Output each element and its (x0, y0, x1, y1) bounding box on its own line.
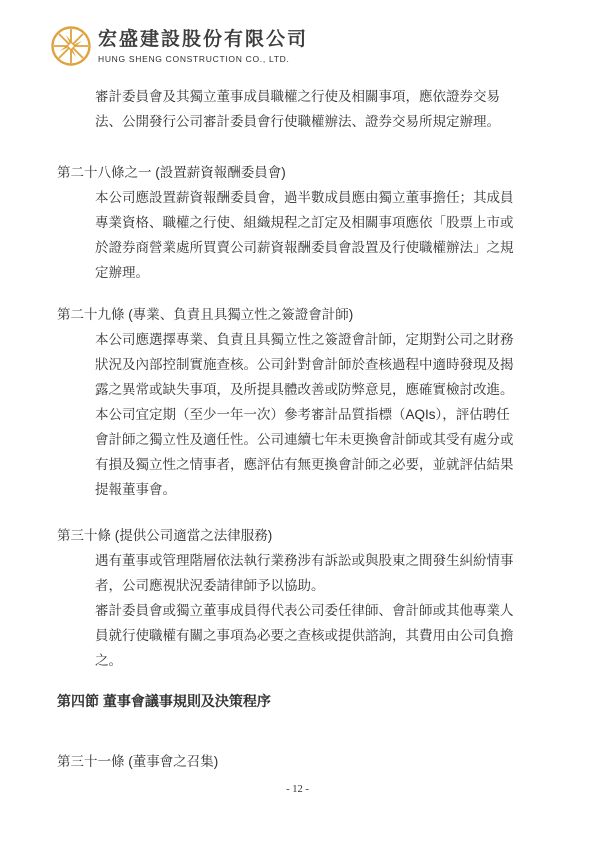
section-heading: 第二十八條之一 (設置薪資報酬委員會) (57, 160, 527, 185)
paragraph-line: 本公司宜定期（至少一年一次）參考審計品質指標（AQIs），評估聘任 (57, 402, 527, 427)
section-block: 第三十條 (提供公司適當之法律服務)遇有董事或管理階層依法執行業務涉有訴訟或與股… (57, 523, 527, 673)
section-block: 第二十八條之一 (設置薪資報酬委員會)本公司應設置薪資報酬委員會，過半數成員應由… (57, 160, 527, 285)
company-name-chinese: 宏盛建設股份有限公司 (98, 28, 308, 52)
company-header: 宏盛建設股份有限公司 HUNG SHENG CONSTRUCTION CO., … (0, 0, 595, 80)
paragraph-line: 本公司應選擇專業、負責且具獨立性之簽證會計師，定期對公司之財務 (57, 327, 527, 352)
section-heading: 第二十九條 (專業、負責且具獨立性之簽證會計師) (57, 302, 527, 327)
paragraph-line: 者，公司應視狀況委請律師予以協助。 (57, 573, 527, 598)
paragraph-line: 露之異常或缺失事項，及所提具體改善或防弊意見，應確實檢討改進。 (57, 377, 527, 402)
page-number: - 12 - (0, 784, 595, 795)
paragraph-line: 遇有董事或管理階層依法執行業務涉有訴訟或與股東之間發生糾紛情事 (57, 548, 527, 573)
paragraph-block: 審計委員會及其獨立董事成員職權之行使及相關事項，應依證券交易法、公開發行公司審計… (57, 84, 527, 134)
chapter-heading: 第四節 董事會議事規則及決策程序 (57, 689, 527, 714)
document-body: 審計委員會及其獨立董事成員職權之行使及相關事項，應依證券交易法、公開發行公司審計… (57, 84, 527, 774)
section-block: 第三十一條 (董事會之召集) (57, 749, 527, 774)
paragraph-line: 定辦理。 (57, 260, 527, 285)
paragraph-line: 審計委員會或獨立董事成員得代表公司委任律師、會計師或其他專業人 (57, 598, 527, 623)
paragraph-line: 會計師之獨立性及適任性。公司連續七年未更換會計師或其受有處分或 (57, 427, 527, 452)
paragraph-line: 提報董事會。 (57, 477, 527, 502)
paragraph-line: 有損及獨立性之情事者，應評估有無更換會計師之必要，並就評估結果 (57, 452, 527, 477)
section-heading: 第三十一條 (董事會之召集) (57, 749, 527, 774)
paragraph-line: 於證券商營業處所買賣公司薪資報酬委員會設置及行使職權辦法」之規 (57, 235, 527, 260)
paragraph-line: 員就行使職權有關之事項為必要之查核或提供諮詢，其費用由公司負擔 (57, 623, 527, 648)
paragraph-line: 專業資格、職權之行使、組織規程之訂定及相關事項應依「股票上市或 (57, 210, 527, 235)
section-block: 第二十九條 (專業、負責且具獨立性之簽證會計師)本公司應選擇專業、負責且具獨立性… (57, 302, 527, 502)
paragraph-line: 審計委員會及其獨立董事成員職權之行使及相關事項，應依證券交易 (57, 84, 527, 109)
paragraph-line: 之。 (57, 648, 527, 673)
company-name-english: HUNG SHENG CONSTRUCTION CO., LTD. (98, 54, 290, 64)
section-heading: 第三十條 (提供公司適當之法律服務) (57, 523, 527, 548)
paragraph-line: 狀況及內部控制實施查核。公司針對會計師於查核過程中適時發現及揭 (57, 352, 527, 377)
paragraph-line: 法、公開發行公司審計委員會行使職權辦法、證券交易所規定辦理。 (57, 109, 527, 134)
paragraph-line: 本公司應設置薪資報酬委員會，過半數成員應由獨立董事擔任；其成員 (57, 185, 527, 210)
chapter-heading-block: 第四節 董事會議事規則及決策程序 (57, 689, 527, 714)
company-logo-icon (48, 24, 94, 68)
document-page: 宏盛建設股份有限公司 HUNG SHENG CONSTRUCTION CO., … (0, 0, 595, 842)
